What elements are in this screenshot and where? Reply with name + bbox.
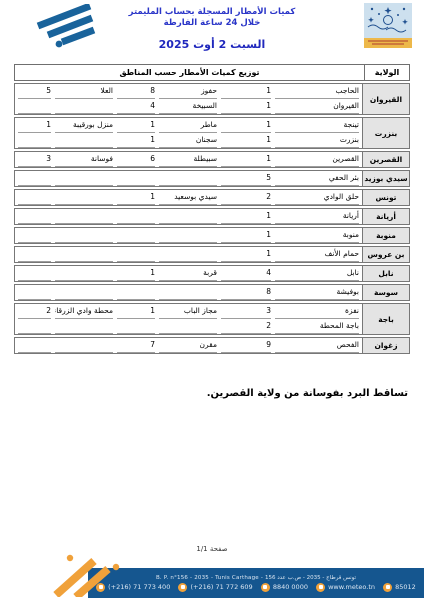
- station-name: سبيطلة: [159, 152, 217, 167]
- document-page: { "page": { "title_line1": "كميات الأمطا…: [0, 0, 424, 600]
- station-name: سجنان: [159, 133, 217, 148]
- station-name: [55, 285, 113, 300]
- station-name: تينجة: [275, 118, 359, 133]
- station-name: [159, 209, 217, 224]
- wilaya-rows: أريانة1: [15, 209, 362, 224]
- rain-value: [18, 247, 51, 262]
- station-row: منوبة1: [15, 228, 362, 243]
- station-name: [159, 285, 217, 300]
- station-name: القيروان: [275, 99, 359, 114]
- station-name: القصرين: [275, 152, 359, 167]
- wilaya-rows: بوفيشة8: [15, 285, 362, 300]
- wilaya-group: باجةنفزة3مجاز الباب1محطة وادي الزرقاء2با…: [14, 303, 410, 335]
- rain-value: 6: [117, 152, 155, 167]
- rain-value: [18, 190, 51, 205]
- station-row: بوفيشة8: [15, 285, 362, 300]
- wilaya-cell: سوسة: [362, 285, 409, 300]
- wilaya-cell: زغوان: [362, 338, 409, 353]
- station-row: نابل4قربة1: [15, 266, 362, 281]
- contact-text: 85012: [395, 583, 416, 591]
- station-name: منوبة: [275, 228, 359, 243]
- station-name: نابل: [275, 266, 359, 281]
- rain-value: 3: [221, 304, 271, 319]
- station-name: العلا: [55, 84, 113, 99]
- contact-item: (+216) 71 772 609: [178, 583, 252, 592]
- station-row: أريانة1: [15, 209, 362, 224]
- rain-value: 9: [221, 338, 271, 353]
- station-row: بئر الحفي5: [15, 171, 362, 186]
- wilaya-rows: حمام الأنف1: [15, 247, 362, 262]
- station-row: حلق الوادي2سيدي بوسعيد1: [15, 190, 362, 205]
- page-number: صفحة 1/1: [0, 545, 424, 553]
- contact-text[interactable]: www.meteo.tn: [328, 583, 375, 591]
- wilaya-cell: القصرين: [362, 152, 409, 167]
- rain-value: [117, 247, 155, 262]
- footer-contacts: (+216) 71 773 400(+216) 71 772 6098840 0…: [88, 583, 424, 592]
- rain-value: 7: [117, 338, 155, 353]
- fax-icon: [178, 583, 187, 592]
- rain-value: [18, 209, 51, 224]
- stripes-icon: [28, 4, 100, 48]
- station-name: [159, 171, 217, 186]
- mobile-icon: [261, 583, 270, 592]
- wilaya-group: سوسةبوفيشة8: [14, 284, 410, 301]
- rain-value: [18, 319, 51, 334]
- rain-value: 1: [117, 118, 155, 133]
- rain-value: 1: [117, 304, 155, 319]
- wilaya-group: أريانةأريانة1: [14, 208, 410, 225]
- table-header-row: الولاية توزيع كميات الأمطار حسب المناطق: [14, 64, 410, 81]
- wilaya-group: سيدي بوزيدبئر الحفي5: [14, 170, 410, 187]
- station-name: حفوز: [159, 84, 217, 99]
- station-name: الفحص: [275, 338, 359, 353]
- wilaya-rows: القصرين1سبيطلة6فوسانة3: [15, 152, 362, 167]
- wilaya-group: زغوانالفحص9مقرن7: [14, 337, 410, 354]
- rain-value: 1: [221, 99, 271, 114]
- wilaya-cell: باجة: [362, 304, 409, 334]
- station-name: الحاجب: [275, 84, 359, 99]
- wilaya-rows: نابل4قربة1: [15, 266, 362, 281]
- station-name: [55, 133, 113, 148]
- wilaya-group: بنزرتتينجة1ماطر1منزل بورقيبة1بنزرت1سجنان…: [14, 117, 410, 149]
- station-row: الحاجب1حفوز8العلا5: [15, 84, 362, 99]
- wilaya-cell: بنزرت: [362, 118, 409, 148]
- footer-banner: B. P. n°156 - 2035 - Tunis Carthage - تو…: [88, 568, 424, 598]
- wilaya-group: بن عروسحمام الأنف1: [14, 246, 410, 263]
- meteorology-emblem-icon: [364, 3, 412, 48]
- rain-value: [117, 209, 155, 224]
- station-name: نفزة: [275, 304, 359, 319]
- station-name: مقرن: [159, 338, 217, 353]
- rainfall-table: الولاية توزيع كميات الأمطار حسب المناطق …: [14, 64, 410, 354]
- rain-value: 1: [221, 152, 271, 167]
- rain-value: 2: [221, 190, 271, 205]
- rain-value: [18, 99, 51, 114]
- rain-value: [117, 228, 155, 243]
- wilaya-cell: تونس: [362, 190, 409, 205]
- wilaya-group: القيروانالحاجب1حفوز8العلا5القيروان1السبي…: [14, 83, 410, 115]
- station-name: [55, 247, 113, 262]
- wilaya-cell: القيروان: [362, 84, 409, 114]
- station-name: [55, 190, 113, 205]
- rain-value: 1: [221, 209, 271, 224]
- footer-address: B. P. n°156 - 2035 - Tunis Carthage - تو…: [88, 575, 424, 581]
- wilaya-rows: بئر الحفي5: [15, 171, 362, 186]
- wilaya-group: تونسحلق الوادي2سيدي بوسعيد1: [14, 189, 410, 206]
- station-name: ماطر: [159, 118, 217, 133]
- station-row: حمام الأنف1: [15, 247, 362, 262]
- rain-value: 5: [18, 84, 51, 99]
- wilaya-cell: نابل: [362, 266, 409, 281]
- station-name: حلق الوادي: [275, 190, 359, 205]
- wilaya-group: نابلنابل4قربة1: [14, 265, 410, 282]
- contact-text: 8840 0000: [273, 583, 308, 591]
- rain-value: [18, 285, 51, 300]
- rain-value: 1: [221, 133, 271, 148]
- contact-text: (+216) 71 772 609: [190, 583, 252, 591]
- station-row: القصرين1سبيطلة6فوسانة3: [15, 152, 362, 167]
- wilaya-group: القصرينالقصرين1سبيطلة6فوسانة3: [14, 151, 410, 168]
- rain-value: 2: [18, 304, 51, 319]
- station-name: محطة وادي الزرقاء: [55, 304, 113, 319]
- station-name: أريانة: [275, 209, 359, 224]
- rain-value: 1: [221, 228, 271, 243]
- table-groups: القيروانالحاجب1حفوز8العلا5القيروان1السبي…: [14, 83, 410, 354]
- station-name: [55, 319, 113, 334]
- wilaya-cell: منوبة: [362, 228, 409, 243]
- station-name: [55, 266, 113, 281]
- stripes-orange-icon: [50, 553, 132, 597]
- rain-value: [18, 228, 51, 243]
- rain-value: [18, 266, 51, 281]
- sms-icon: [383, 583, 392, 592]
- wilaya-rows: الفحص9مقرن7: [15, 338, 362, 353]
- station-name: باجة المحطة: [275, 319, 359, 334]
- rain-value: 2: [221, 319, 271, 334]
- rain-value: [117, 319, 155, 334]
- inm-stripes-logo: [28, 4, 100, 48]
- rain-value: [18, 133, 51, 148]
- rain-value: 8: [117, 84, 155, 99]
- wilaya-column-header: الولاية: [364, 65, 409, 80]
- station-name: [55, 209, 113, 224]
- station-name: منزل بورقيبة: [55, 118, 113, 133]
- station-name: [55, 171, 113, 186]
- station-name: فوسانة: [55, 152, 113, 167]
- wilaya-cell: أريانة: [362, 209, 409, 224]
- station-name: [159, 228, 217, 243]
- station-name: بئر الحفي: [275, 171, 359, 186]
- station-name: بنزرت: [275, 133, 359, 148]
- station-row: تينجة1ماطر1منزل بورقيبة1: [15, 118, 362, 133]
- wilaya-rows: تينجة1ماطر1منزل بورقيبة1بنزرت1سجنان1: [15, 118, 362, 148]
- station-name: [55, 99, 113, 114]
- footer-stripes-logo: [50, 553, 132, 597]
- rain-value: 1: [117, 266, 155, 281]
- rain-value: [117, 171, 155, 186]
- rain-value: 4: [117, 99, 155, 114]
- website-icon: [316, 583, 325, 592]
- rain-value: 4: [221, 266, 271, 281]
- distribution-column-header: توزيع كميات الأمطار حسب المناطق: [15, 65, 364, 80]
- station-name: قربة: [159, 266, 217, 281]
- station-row: بنزرت1سجنان1: [15, 133, 362, 148]
- station-name: مجاز الباب: [159, 304, 217, 319]
- rain-value: 1: [221, 247, 271, 262]
- rain-value: 5: [221, 171, 271, 186]
- rain-value: 1: [221, 118, 271, 133]
- wilaya-group: منوبةمنوبة1: [14, 227, 410, 244]
- rain-value: [117, 285, 155, 300]
- station-row: الفحص9مقرن7: [15, 338, 362, 353]
- contact-item: 85012: [383, 583, 416, 592]
- wilaya-rows: منوبة1: [15, 228, 362, 243]
- station-row: القيروان1السبيخة4: [15, 99, 362, 114]
- station-name: بوفيشة: [275, 285, 359, 300]
- wilaya-rows: نفزة3مجاز الباب1محطة وادي الزرقاء2باجة ا…: [15, 304, 362, 334]
- wilaya-cell: بن عروس: [362, 247, 409, 262]
- station-name: [55, 338, 113, 353]
- hail-note: تساقط البرد بفوسانة من ولاية القصرين.: [14, 388, 408, 399]
- station-name: [159, 319, 217, 334]
- rain-value: 1: [117, 190, 155, 205]
- station-name: سيدي بوسعيد: [159, 190, 217, 205]
- station-row: باجة المحطة2: [15, 319, 362, 334]
- station-name: السبيخة: [159, 99, 217, 114]
- rain-value: 1: [18, 118, 51, 133]
- station-name: حمام الأنف: [275, 247, 359, 262]
- wilaya-rows: الحاجب1حفوز8العلا5القيروان1السبيخة4: [15, 84, 362, 114]
- rain-value: 1: [117, 133, 155, 148]
- rain-value: 8: [221, 285, 271, 300]
- rain-value: [18, 171, 51, 186]
- wilaya-rows: حلق الوادي2سيدي بوسعيد1: [15, 190, 362, 205]
- station-name: [159, 247, 217, 262]
- rain-value: [18, 338, 51, 353]
- contact-item: 8840 0000: [261, 583, 308, 592]
- station-name: [55, 228, 113, 243]
- contact-item[interactable]: www.meteo.tn: [316, 583, 375, 592]
- inm-emblem-logo: [364, 3, 412, 48]
- wilaya-cell: سيدي بوزيد: [362, 171, 409, 186]
- station-row: نفزة3مجاز الباب1محطة وادي الزرقاء2: [15, 304, 362, 319]
- rain-value: 3: [18, 152, 51, 167]
- rain-value: 1: [221, 84, 271, 99]
